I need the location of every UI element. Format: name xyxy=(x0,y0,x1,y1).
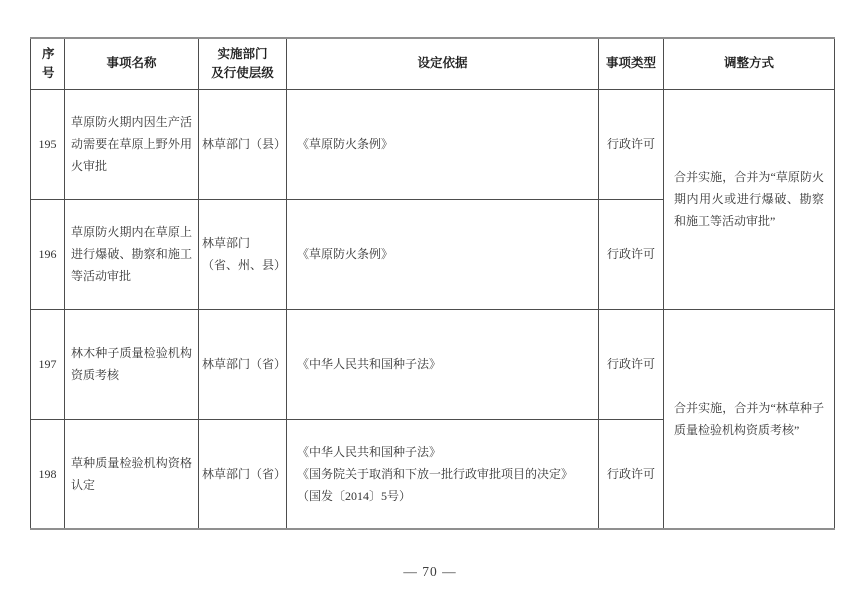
cell-serial-number: 198 xyxy=(31,419,65,529)
adjustment-text: 合并实施，合并为“林草种子质量检验机构资质考核” xyxy=(674,397,824,441)
cell-department: 林草部门（县） xyxy=(199,89,287,199)
cell-serial-number: 197 xyxy=(31,309,65,419)
legal-basis-line: 《中华人民共和国种子法》 xyxy=(297,441,588,463)
header-serial-number: 序号 xyxy=(31,38,65,89)
header-department-line2: 及行使层级 xyxy=(200,64,285,83)
legal-basis-line: 《草原防火条例》 xyxy=(297,133,588,155)
cell-item-type: 行政许可 xyxy=(599,89,664,199)
adjustment-text: 合并实施，合并为“草原防火期内用火或进行爆破、勘察和施工等活动审批” xyxy=(674,166,824,232)
table-row-197: 197 林木种子质量检验机构资质考核 林草部门（省） 《中华人民共和国种子法》 … xyxy=(31,309,835,419)
cell-legal-basis: 《草原防火条例》 xyxy=(287,89,599,199)
cell-item-type: 行政许可 xyxy=(599,419,664,529)
legal-basis-line: 《中华人民共和国种子法》 xyxy=(297,353,588,375)
table-header-row: 序号 事项名称 实施部门 及行使层级 设定依据 事项类型 调整方式 xyxy=(31,38,835,89)
cell-serial-number: 195 xyxy=(31,89,65,199)
cell-department: 林草部门（省、州、县） xyxy=(199,199,287,309)
cell-legal-basis: 《中华人民共和国种子法》 xyxy=(287,309,599,419)
document-page: 序号 事项名称 实施部门 及行使层级 设定依据 事项类型 调整方式 195 草原… xyxy=(0,0,860,600)
page-number: — 70 — xyxy=(0,564,860,580)
cell-adjustment-merged-197-198: 合并实施，合并为“林草种子质量检验机构资质考核” xyxy=(664,309,835,529)
cell-item-name: 林木种子质量检验机构资质考核 xyxy=(65,309,199,419)
items-table: 序号 事项名称 实施部门 及行使层级 设定依据 事项类型 调整方式 195 草原… xyxy=(30,37,835,530)
cell-item-type: 行政许可 xyxy=(599,309,664,419)
cell-adjustment-merged-195-196: 合并实施，合并为“草原防火期内用火或进行爆破、勘察和施工等活动审批” xyxy=(664,89,835,309)
table-row-195: 195 草原防火期内因生产活动需要在草原上野外用火审批 林草部门（县） 《草原防… xyxy=(31,89,835,199)
cell-item-name: 草种质量检验机构资格认定 xyxy=(65,419,199,529)
cell-department: 林草部门（省） xyxy=(199,419,287,529)
cell-item-name: 草原防火期内在草原上进行爆破、勘察和施工等活动审批 xyxy=(65,199,199,309)
cell-item-name: 草原防火期内因生产活动需要在草原上野外用火审批 xyxy=(65,89,199,199)
cell-serial-number: 196 xyxy=(31,199,65,309)
header-item-name: 事项名称 xyxy=(65,38,199,89)
header-department: 实施部门 及行使层级 xyxy=(199,38,287,89)
header-item-type: 事项类型 xyxy=(599,38,664,89)
cell-legal-basis: 《草原防火条例》 xyxy=(287,199,599,309)
header-department-line1: 实施部门 xyxy=(200,45,285,64)
cell-department: 林草部门（省） xyxy=(199,309,287,419)
cell-legal-basis: 《中华人民共和国种子法》 《国务院关于取消和下放一批行政审批项目的决定》（国发〔… xyxy=(287,419,599,529)
cell-item-type: 行政许可 xyxy=(599,199,664,309)
legal-basis-line: 《国务院关于取消和下放一批行政审批项目的决定》（国发〔2014〕5号） xyxy=(297,463,588,507)
legal-basis-line: 《草原防火条例》 xyxy=(297,243,588,265)
header-legal-basis: 设定依据 xyxy=(287,38,599,89)
header-adjustment-method: 调整方式 xyxy=(664,38,835,89)
